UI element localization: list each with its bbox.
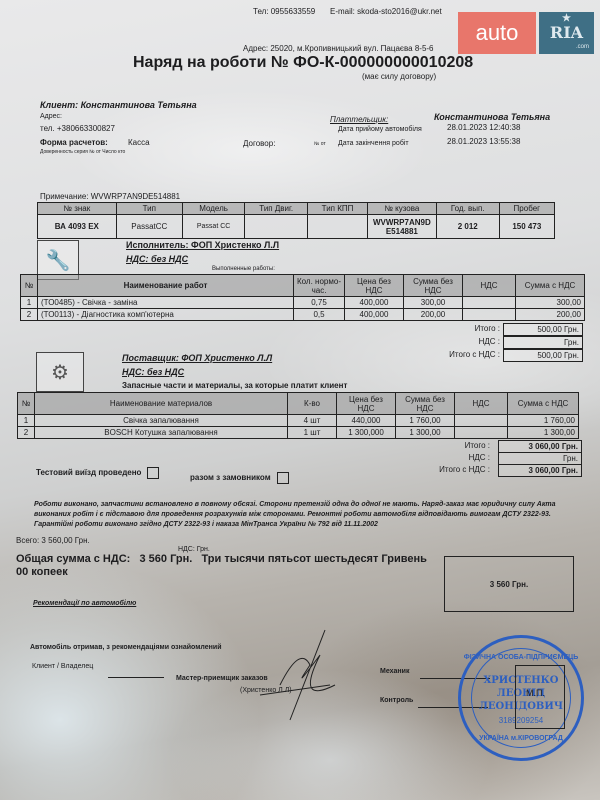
received-text: Автомобіль отримав, з рекомендаціями озн… [30,644,222,651]
col-no: № [21,275,38,297]
grand-total-value: 3 560 Грн. [140,553,193,565]
col-engine: Тип Двиг. [245,203,308,215]
total-box: 3 560 Грн. [444,556,574,612]
works-vat: НДС: без НДС [126,254,188,264]
contract-label: Договор: [243,139,275,148]
row-price: 440,000 [337,415,396,427]
recommendations-label: Рекомендації по автомобілю [33,600,136,607]
works-total-value: 500,00 Грн. [503,323,583,336]
col-sum: Сумма без НДС [404,275,463,297]
col-sum-vat: Сумма с НДС [508,393,579,415]
signature-scribble [250,625,340,725]
col-type: Тип [116,203,182,215]
col-price: Цена без НДС [345,275,404,297]
row-work-name: (ТО0113) - Діагностика комп'ютерна [38,309,294,321]
watermark-com: .com [576,40,589,54]
vehicle-table-header: № знак Тип Модель Тип Двиг. Тип КПП № ку… [38,203,555,215]
page-subtitle: (має силу договору) [362,72,436,81]
col-vat: НДС [455,393,508,415]
model-value: Passat CC [182,215,244,239]
row-sum-vat: 300,00 [516,297,585,309]
payment-value: Касса [128,138,150,147]
client-sign-label: Клиент / Владелец [32,663,93,670]
col-hours: Кол. нормо-час. [294,275,345,297]
parts-icon: ⚙ [36,352,84,392]
parts-table-header: № Наименование материалов К-во Цена без … [18,393,579,415]
vehicle-note: Примечание: WVWRP7AN9DE514881 [40,192,180,201]
watermark-ria: ★ RIA .com [539,12,594,54]
test-drive-row: Тестовий виїзд проведено [36,467,159,479]
row-hours: 0,5 [294,309,345,321]
grand-total-row: Общая сумма с НДС: 3 560 Грн. Три тысячи… [16,553,427,565]
contract-no: № от [314,141,326,147]
year-value: 2 012 [436,215,499,239]
row-price: 1 300,000 [337,427,396,439]
grand-total-label: Общая сумма с НДС: [16,553,130,565]
works-caption: Выполненные работы: [212,266,275,272]
col-no: № [18,393,35,415]
col-vin: № кузова [367,203,436,215]
row-sum: 1 760,00 [396,415,455,427]
row-sum-vat: 1 300,00 [508,427,579,439]
row-vat [463,309,516,321]
parts-total-label: Итого : [370,441,490,450]
header-phone: Тел: 0955633559 [253,7,315,16]
finish-date-label: Дата закінчення робіт [338,140,409,147]
vin-value: WVWRP7AN9D E514881 [367,215,436,239]
payer-value: Константинова Тетьяна [434,112,550,122]
parts-row: 1 Свічка запалювання 4 шт 440,000 1 760,… [18,415,579,427]
parts-grand-label: Итого с НДС : [370,465,490,474]
col-year: Год. вып. [436,203,499,215]
works-total-label: Итого : [380,324,500,333]
row-sum-vat: 200,00 [516,309,585,321]
row-price: 400,000 [345,297,404,309]
with-customer-row: разом з замовником [190,472,289,484]
page-title: Наряд на роботи № ФО-К-000000000010208 [133,54,473,72]
total-all: Всего: 3 560,00 Грн. [16,536,90,545]
row-material-name: Свічка запалювання [35,415,288,427]
vehicle-table: № знак Тип Модель Тип Двиг. Тип КПП № ку… [37,202,555,239]
col-mileage: Пробег [499,203,554,215]
engine-value [245,215,308,239]
parts-vat: НДС: без НДС [122,367,184,377]
works-row: 2 (ТО0113) - Діагностика комп'ютерна 0,5… [21,309,585,321]
payer-label: Платтельщик: [330,115,388,124]
client-name: Клиент: Константинова Тетьяна [40,100,197,110]
col-qty: К-во [288,393,337,415]
test-drive-label: Тестовий виїзд проведено [36,468,141,477]
row-vat [463,297,516,309]
stamp-bottom-text: УКРАЇНА м.КІРОВОГРАД [461,735,581,742]
plate-value: ВА 4093 ЕХ [38,215,117,239]
header-email: E-mail: skoda-sto2016@ukr.net [330,7,442,16]
col-plate: № знак [38,203,117,215]
col-sum-vat: Сумма с НДС [516,275,585,297]
accept-date-value: 28.01.2023 12:40:38 [447,123,520,132]
works-row: 1 (ТО0485) - Свічка - заміна 0,75 400,00… [21,297,585,309]
total-box-value: 3 560 Грн. [490,580,528,589]
row-vat [455,427,508,439]
terms-text: Роботи виконано, запчастини встановлено … [34,500,574,530]
mechanic-label: Механик [380,668,409,675]
parts-vat-label: НДС : [370,453,490,462]
with-customer-label: разом з замовником [190,473,271,482]
stamp-top-text: ФІЗИЧНА ОСОБА-ПІДПРИЄМЕЦЬ [461,654,581,661]
row-hours: 0,75 [294,297,345,309]
header-address: Адрес: 25020, м.Кропивницький вул. Пацає… [243,44,434,53]
col-sum: Сумма без НДС [396,393,455,415]
parts-grand-value: 3 060,00 Грн. [498,464,582,477]
accept-date-label: Дата прийому автомобіля [338,126,422,133]
works-table-header: № Наименование работ Кол. нормо-час. Цен… [21,275,585,297]
parts-row: 2 BOSCH Котушка запалювання 1 шт 1 300,0… [18,427,579,439]
gearbox-value [308,215,368,239]
row-vat [455,415,508,427]
test-drive-checkbox[interactable] [147,467,159,479]
watermark-auto: auto [458,12,536,54]
type-value: PassatCC [116,215,182,239]
col-material-name: Наименование материалов [35,393,288,415]
row-price: 400,000 [345,309,404,321]
grand-total-words: Три тысячи пятьсот шестьдесят Гривень [202,553,427,565]
row-qty: 4 шт [288,415,337,427]
works-grand-value: 500,00 Грн. [503,349,583,362]
summary-vat: НДС: Грн. [178,546,210,553]
col-model: Модель [182,203,244,215]
row-qty: 1 шт [288,427,337,439]
row-sum: 1 300,00 [396,427,455,439]
with-customer-checkbox[interactable] [277,472,289,484]
row-material-name: BOSCH Котушка запалювання [35,427,288,439]
col-price: Цена без НДС [337,393,396,415]
works-vat-value: Грн. [503,336,583,349]
mp-box: М.П. [515,665,565,729]
watermark-ria-text: RIA [550,26,583,40]
row-no: 1 [21,297,38,309]
row-sum-vat: 1 760,00 [508,415,579,427]
row-no: 2 [21,309,38,321]
row-sum: 300,00 [404,297,463,309]
parts-table: № Наименование материалов К-во Цена без … [17,392,579,439]
autoria-watermark: auto ★ RIA .com [458,12,594,54]
proxy-line: Доверенность серия № от Число кто [40,149,125,155]
works-vat-label: НДС : [380,337,500,346]
finish-date-value: 28.01.2023 13:55:38 [447,137,520,146]
row-no: 1 [18,415,35,427]
row-no: 2 [18,427,35,439]
works-table: № Наименование работ Кол. нормо-час. Цен… [20,274,585,321]
col-gearbox: Тип КПП [308,203,368,215]
control-label: Контроль [380,697,413,704]
row-sum: 200,00 [404,309,463,321]
vehicle-row: ВА 4093 ЕХ PassatCC Passat CC WVWRP7AN9D… [38,215,555,239]
col-work-name: Наименование работ [38,275,294,297]
row-work-name: (ТО0485) - Свічка - заміна [38,297,294,309]
works-grand-label: Итого с НДС : [380,350,500,359]
mileage-value: 150 473 [499,215,554,239]
client-phone: тел. +380663300827 [40,124,115,133]
supplier: Поставщик: ФОП Христенко Л.Л [122,353,272,363]
client-sign-line [108,677,164,678]
kopecks: 00 копеек [16,566,68,578]
executor: Исполнитель: ФОП Христенко Л.Л [126,240,279,250]
col-vat: НДС [463,275,516,297]
payment-label: Форма расчетов: [40,138,108,147]
client-address-label: Адрес: [40,113,62,120]
mp-label: М.П. [526,688,545,698]
parts-caption: Запасные части и материалы, за которые п… [122,381,347,390]
